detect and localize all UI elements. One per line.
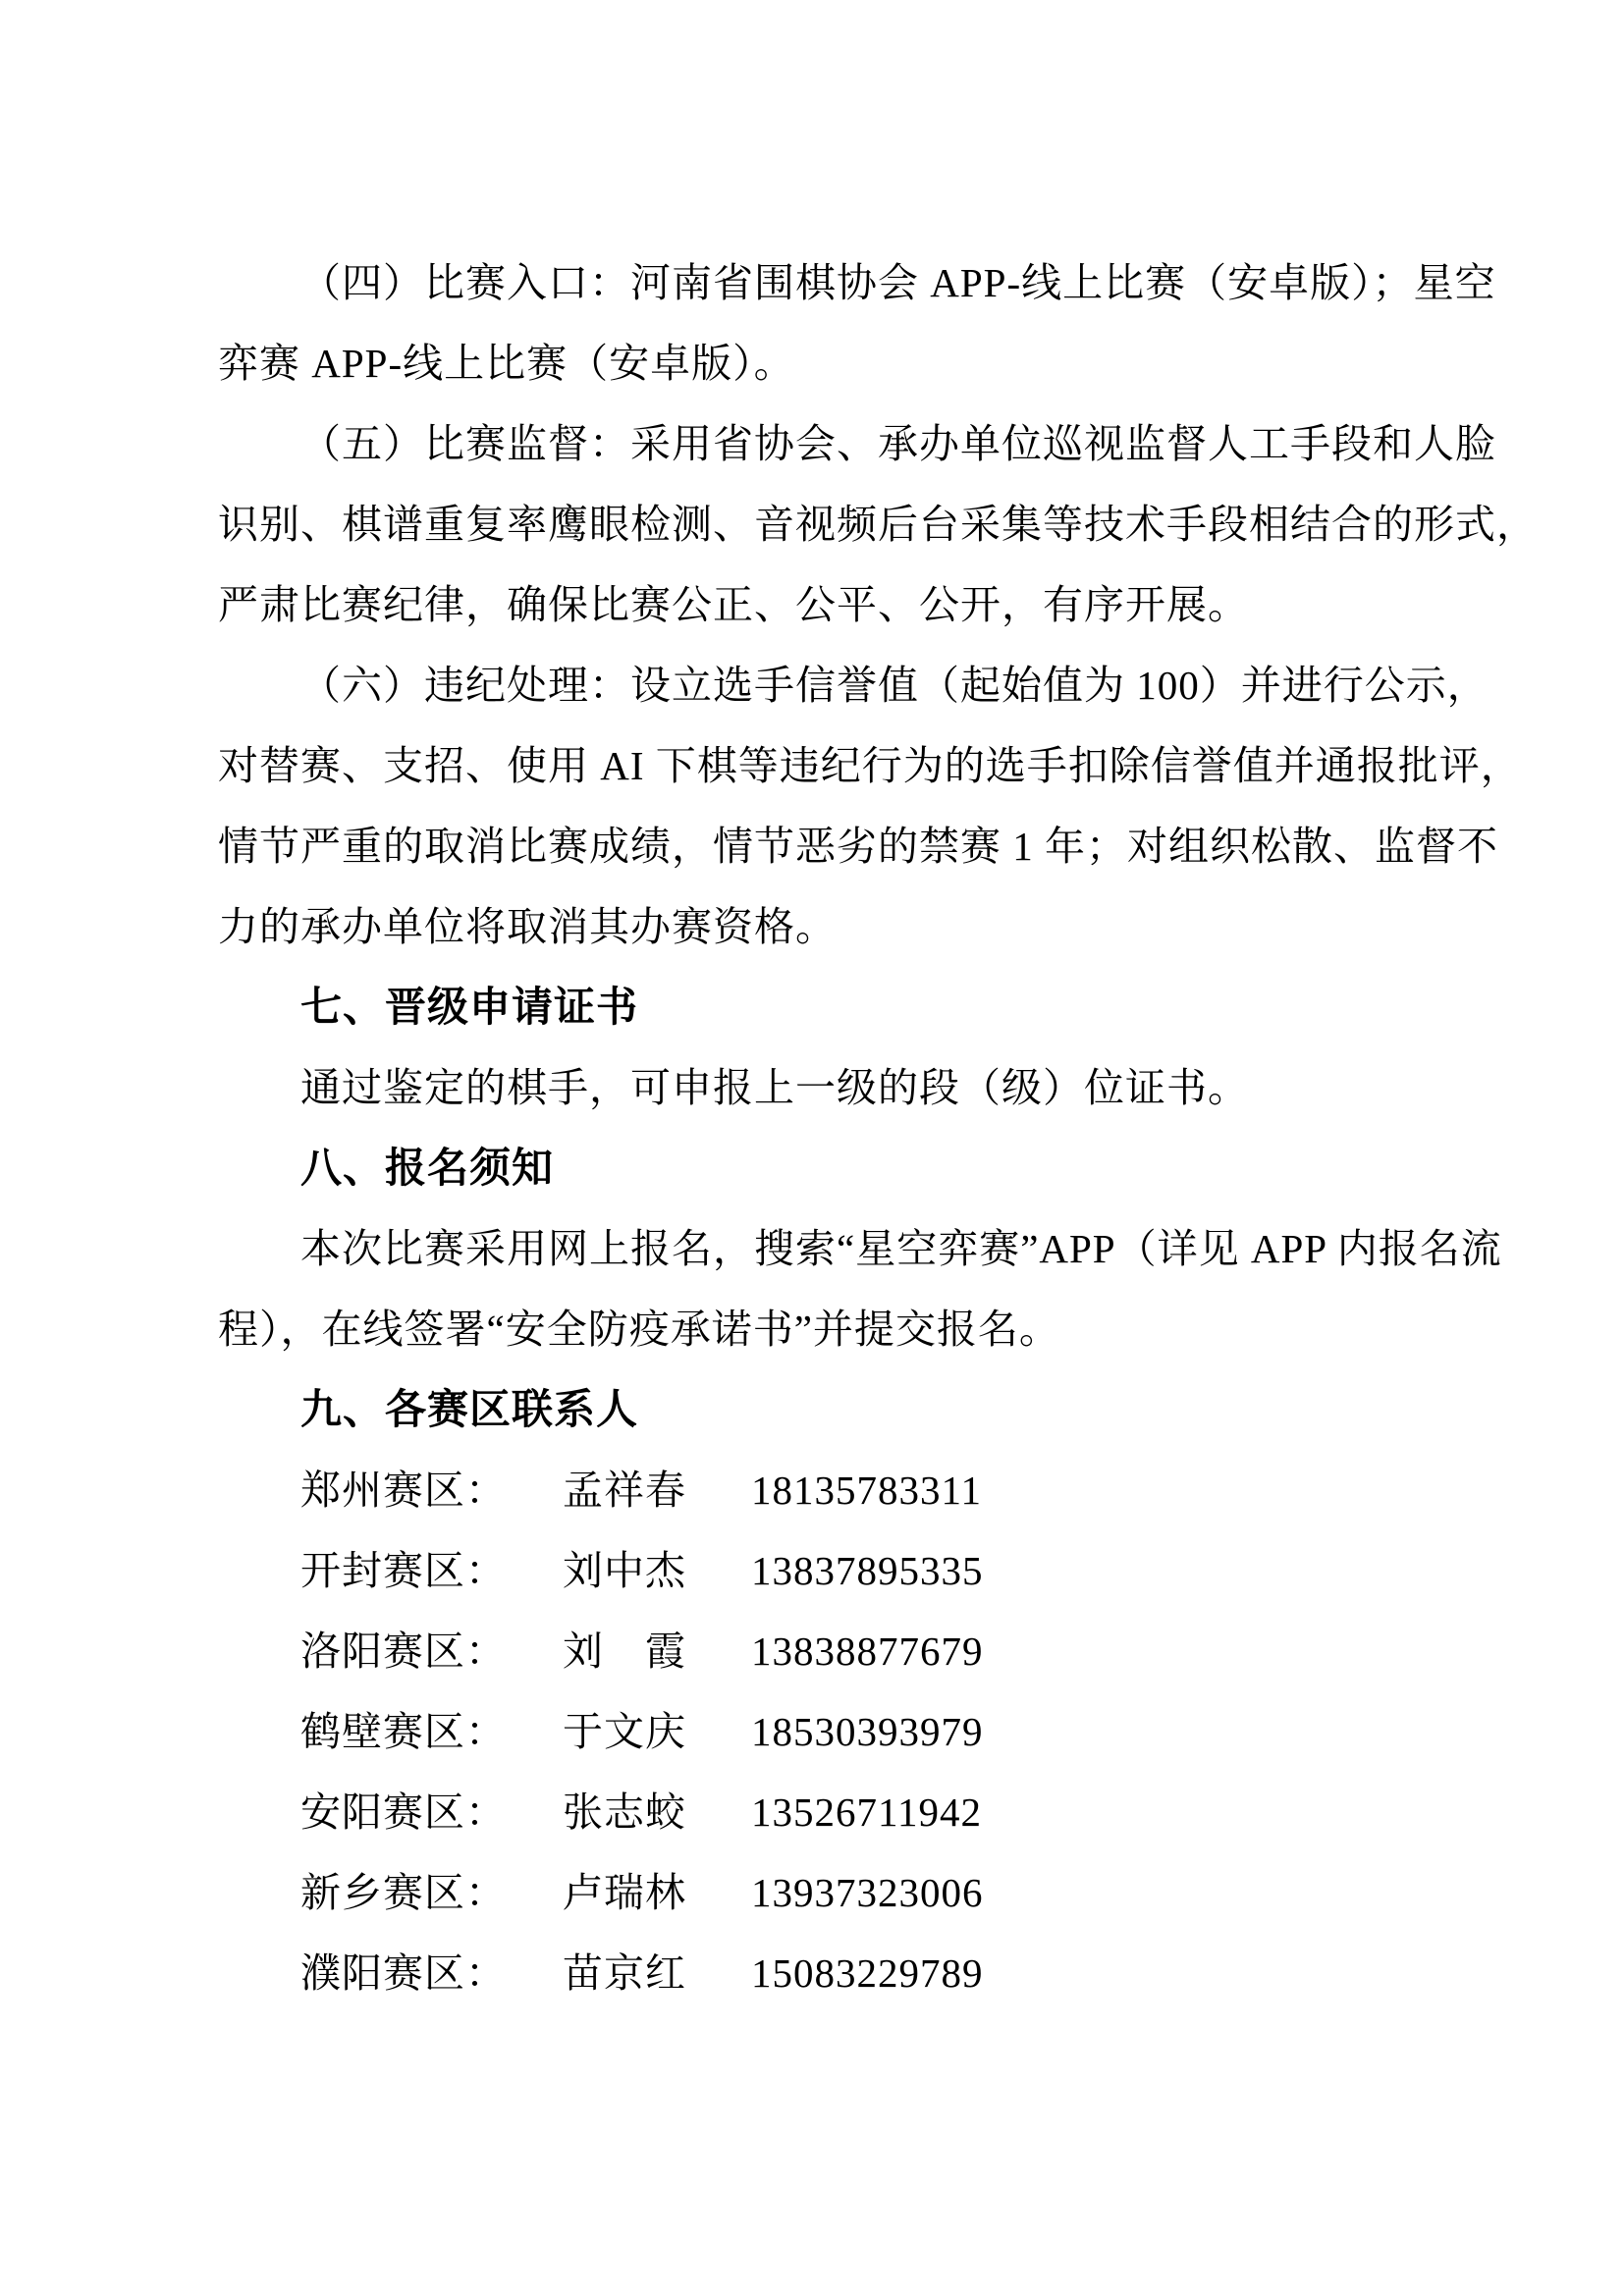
paragraph-line-entry-2: 弈赛 APP-线上比赛（安卓版）。 xyxy=(218,323,1414,403)
contact-phone-number: 13526711942 xyxy=(751,1772,982,1852)
contact-person-name: 卢瑞林 xyxy=(563,1852,751,1933)
document-page: （四）比赛入口：河南省围棋协会 APP-线上比赛（安卓版）；星空 弈赛 APP-… xyxy=(0,0,1624,2296)
paragraph-line-discipline-3: 情节严重的取消比赛成绩，情节恶劣的禁赛 1 年；对组织松散、监督不 xyxy=(218,806,1414,886)
contact-region-label: 新乡赛区： xyxy=(300,1852,563,1933)
paragraph-line-discipline-1: （六）违纪处理：设立选手信誉值（起始值为 100）并进行公示， xyxy=(218,645,1414,725)
contact-row-anyang: 安阳赛区： 张志蛟 13526711942 xyxy=(218,1772,1414,1852)
contact-row-puyang: 濮阳赛区： 苗京红 15083229789 xyxy=(218,1933,1414,2013)
section-heading-certificate: 七、晋级申请证书 xyxy=(218,967,1414,1047)
contact-person-name: 苗京红 xyxy=(563,1933,751,2013)
contact-row-xinxiang: 新乡赛区： 卢瑞林 13937323006 xyxy=(218,1852,1414,1933)
contact-region-label: 鹤壁赛区： xyxy=(300,1691,563,1772)
contact-phone-number: 15083229789 xyxy=(751,1933,984,2013)
contact-phone-number: 13838877679 xyxy=(751,1611,984,1691)
contact-row-kaifeng: 开封赛区： 刘中杰 13837895335 xyxy=(218,1530,1414,1611)
contact-phone-number: 13937323006 xyxy=(751,1852,984,1933)
paragraph-line-registration-1: 本次比赛采用网上报名，搜索“星空弈赛”APP（详见 APP 内报名流 xyxy=(218,1208,1414,1289)
contact-person-name: 孟祥春 xyxy=(563,1450,751,1530)
paragraph-line-discipline-4: 力的承办单位将取消其办赛资格。 xyxy=(218,886,1414,967)
contact-phone-number: 13837895335 xyxy=(751,1530,984,1611)
paragraph-line-supervision-3: 严肃比赛纪律，确保比赛公正、公平、公开，有序开展。 xyxy=(218,564,1414,645)
contact-person-name: 张志蛟 xyxy=(563,1772,751,1852)
contact-row-luoyang: 洛阳赛区： 刘 霞 13838877679 xyxy=(218,1611,1414,1691)
contact-region-label: 濮阳赛区： xyxy=(300,1933,563,2013)
section-heading-contacts: 九、各赛区联系人 xyxy=(218,1369,1414,1450)
paragraph-line-entry-1: （四）比赛入口：河南省围棋协会 APP-线上比赛（安卓版）；星空 xyxy=(218,242,1414,323)
contact-person-name: 刘中杰 xyxy=(563,1530,751,1611)
paragraph-line-supervision-2: 识别、棋谱重复率鹰眼检测、音视频后台采集等技术手段相结合的形式， xyxy=(218,484,1414,564)
document-body: （四）比赛入口：河南省围棋协会 APP-线上比赛（安卓版）；星空 弈赛 APP-… xyxy=(218,242,1414,2013)
paragraph-line-supervision-1: （五）比赛监督：采用省协会、承办单位巡视监督人工手段和人脸 xyxy=(218,403,1414,484)
paragraph-line-discipline-2: 对替赛、支招、使用 AI 下棋等违纪行为的选手扣除信誉值并通报批评， xyxy=(218,725,1414,806)
contact-region-label: 洛阳赛区： xyxy=(300,1611,563,1691)
section-heading-registration: 八、报名须知 xyxy=(218,1128,1414,1208)
contact-row-hebi: 鹤壁赛区： 于文庆 18530393979 xyxy=(218,1691,1414,1772)
contact-row-zhengzhou: 郑州赛区： 孟祥春 18135783311 xyxy=(218,1450,1414,1530)
contact-region-label: 开封赛区： xyxy=(300,1530,563,1611)
contact-region-label: 郑州赛区： xyxy=(300,1450,563,1530)
contact-phone-number: 18530393979 xyxy=(751,1691,984,1772)
contact-person-name: 刘 霞 xyxy=(563,1611,751,1691)
paragraph-line-certificate: 通过鉴定的棋手，可申报上一级的段（级）位证书。 xyxy=(218,1047,1414,1128)
contact-phone-number: 18135783311 xyxy=(751,1450,982,1530)
contact-region-label: 安阳赛区： xyxy=(300,1772,563,1852)
contact-person-name: 于文庆 xyxy=(563,1691,751,1772)
paragraph-line-registration-2: 程），在线签署“安全防疫承诺书”并提交报名。 xyxy=(218,1289,1414,1369)
